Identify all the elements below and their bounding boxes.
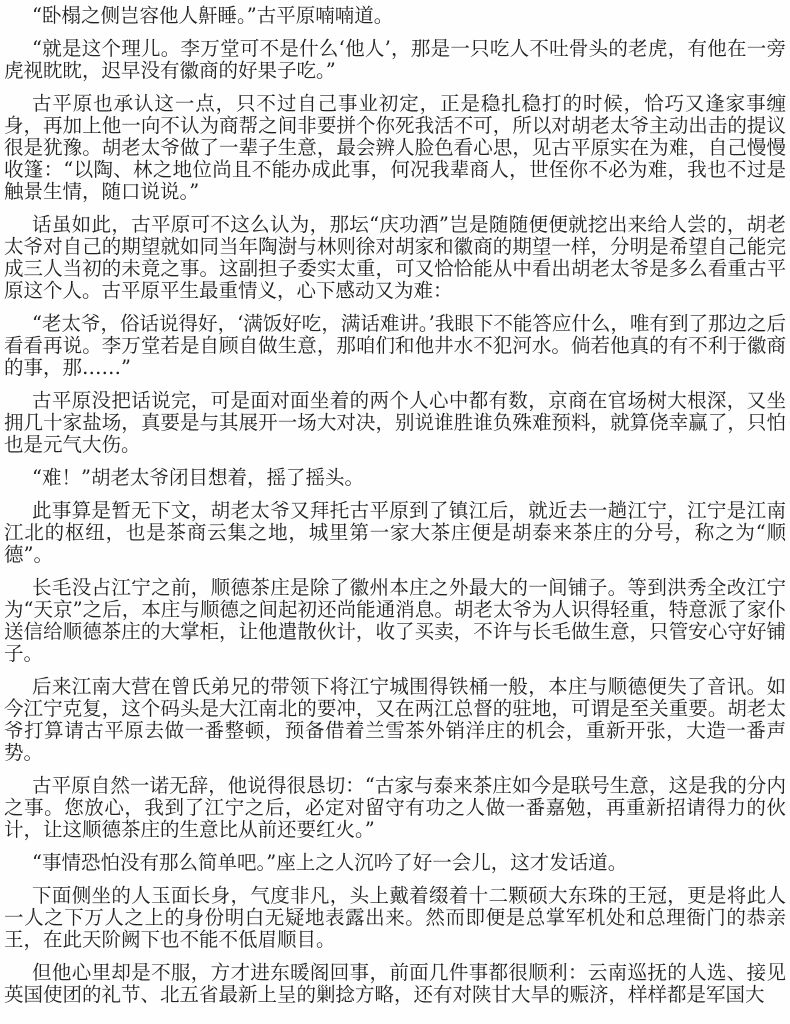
paragraph: 古平原自然一诺无辞，他说得很恳切：“古家与泰来茶庄如今是联号生意，这是我的分内之… xyxy=(4,775,786,841)
paragraph: “老太爷，俗话说得好，‘满饭好吃，满话难讲。’我眼下不能答应什么，唯有到了那边之… xyxy=(4,313,786,379)
document-page: “卧榻之侧岂容他人鼾睡。”古平原喃喃道。 “就是这个理儿。李万堂可不是什么‘他人… xyxy=(0,0,790,1024)
paragraph: 此事算是暂无下文，胡老太爷又拜托古平原到了镇江后，就近去一趟江宁，江宁是江南江北… xyxy=(4,500,786,566)
paragraph: 长毛没占江宁之前，顺德茶庄是除了徽州本庄之外最大的一间铺子。等到洪秀全改江宁为“… xyxy=(4,577,786,665)
paragraph: “难！”胡老太爷闭目想着，摇了摇头。 xyxy=(4,467,786,489)
paragraph: “事情恐怕没有那么简单吧。”座上之人沉吟了好一会儿，这才发话道。 xyxy=(4,852,786,874)
paragraph: 古平原也承认这一点，只不过自己事业初定，正是稳扎稳打的时候，恰巧又逢家事缠身，再… xyxy=(4,93,786,203)
paragraph: 后来江南大营在曾氏弟兄的带领下将江宁城围得铁桶一般，本庄与顺德便失了音讯。如今江… xyxy=(4,676,786,764)
paragraph: 古平原没把话说完，可是面对面坐着的两个人心中都有数，京商在官场树大根深，又坐拥几… xyxy=(4,390,786,456)
paragraph: 但他心里却是不服，方才进东暖阁回事，前面几件事都很顺利：云南巡抚的人选、接见英国… xyxy=(4,962,786,1006)
paragraph: “就是这个理儿。李万堂可不是什么‘他人’，那是一只吃人不吐骨头的老虎，有他在一旁… xyxy=(4,38,786,82)
paragraph: 下面侧坐的人玉面长身，气度非凡，头上戴着缀着十二颗硕大东珠的王冠，更是将此人一人… xyxy=(4,885,786,951)
paragraph: “卧榻之侧岂容他人鼾睡。”古平原喃喃道。 xyxy=(4,5,786,27)
paragraph: 话虽如此，古平原可不这么认为，那坛“庆功酒”岂是随随便便就挖出来给人尝的，胡老太… xyxy=(4,214,786,302)
